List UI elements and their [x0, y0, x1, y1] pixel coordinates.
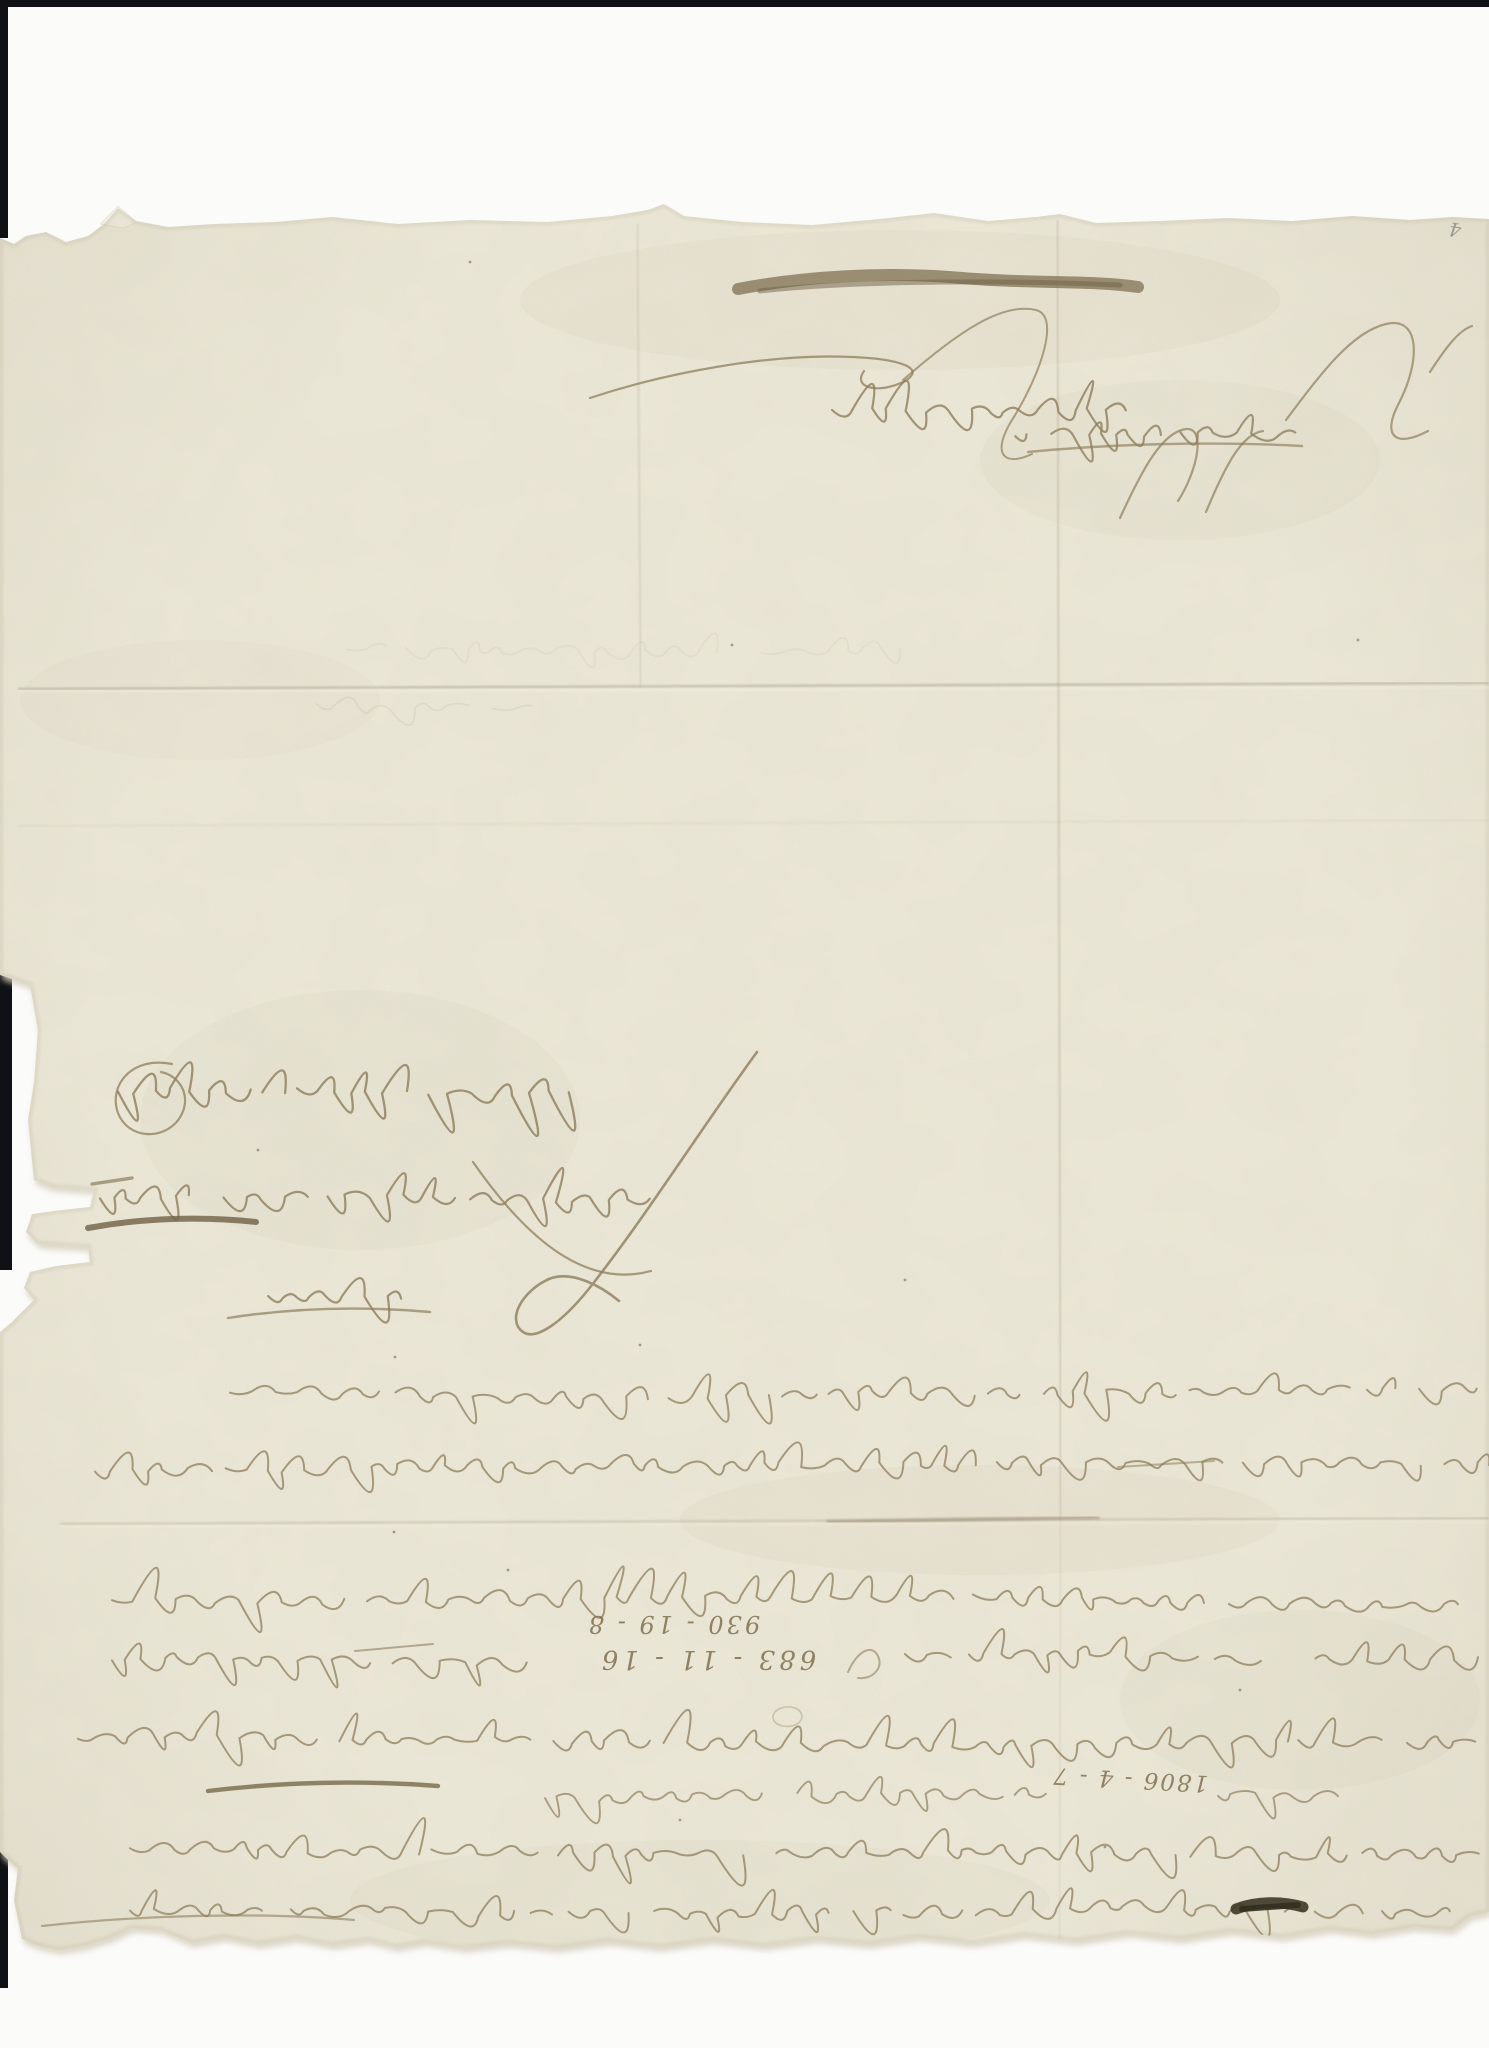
scanned-letter-page: 4 930 - 19 - 8 683 - 11 - 16 1806 - 4 - …	[0, 0, 1489, 2048]
paper-vignette	[0, 0, 1489, 2048]
letter-scan-svg	[0, 0, 1489, 2048]
sum-annotation-683: 683 - 11 - 16	[552, 1644, 862, 1674]
page-number-annotation: 4	[1437, 216, 1474, 243]
sum-annotation-930: 930 - 19 - 8	[540, 1610, 806, 1638]
